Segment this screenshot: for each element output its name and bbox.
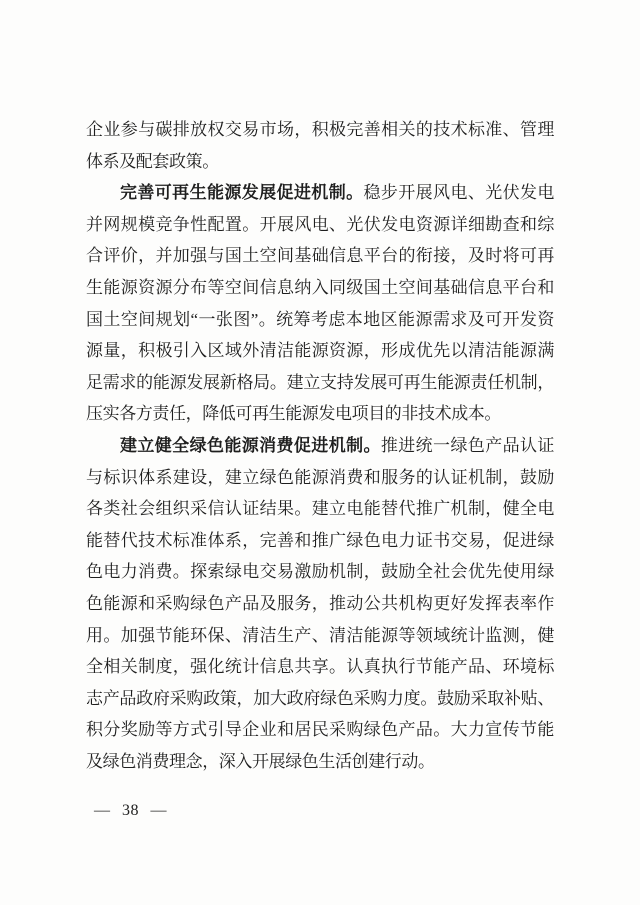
text-line: 用。加强节能环保、清洁生产、清洁能源等领域统计监测，健	[86, 620, 554, 652]
text-line: 源量，积极引入区域外清洁能源资源，形成优先以清洁能源满	[86, 335, 554, 367]
paragraph-text: 及绿色消费理念，深入开展绿色生活创建行动。	[86, 752, 435, 771]
paragraph-text: 合评价，并加强与国土空间基础信息平台的衔接，及时将可再	[86, 246, 554, 265]
text-line: 完善可再生能源发展促进机制。稳步开展风电、光伏发电	[86, 177, 554, 209]
text-line: 并网规模竞争性配置。开展风电、光伏发电资源详细勘查和综	[86, 209, 554, 241]
paragraph-text: 国土空间规划“一张图”。统筹考虑本地区能源需求及可开发资	[86, 310, 554, 329]
page-number: — 38 —	[94, 802, 167, 820]
text-line: 生能源资源分布等空间信息纳入同级国土空间基础信息平台和	[86, 272, 554, 304]
paragraph-text: 用。加强节能环保、清洁生产、清洁能源等领域统计监测，健	[86, 626, 554, 645]
text-line: 志产品政府采购政策，加大政府绿色采购力度。鼓励采取补贴、	[86, 683, 554, 715]
paragraph-text: 志产品政府采购政策，加大政府绿色采购力度。鼓励采取补贴、	[86, 689, 554, 708]
text-line: 全相关制度，强化统计信息共享。认真执行节能产品、环境标	[86, 651, 554, 683]
text-line: 积分奖励等方式引导企业和居民采购绿色产品。大力宣传节能	[86, 714, 554, 746]
text-line: 能替代技术标准体系，完善和推广绿色电力证书交易，促进绿	[86, 525, 554, 557]
text-line: 各类社会组织采信认证结果。建立电能替代推广机制，健全电	[86, 493, 554, 525]
paragraph-text: 全相关制度，强化统计信息共享。认真执行节能产品、环境标	[86, 657, 554, 676]
paragraph-text: 体系及配套政策。	[86, 152, 219, 171]
paragraph-text: 积分奖励等方式引导企业和居民采购绿色产品。大力宣传节能	[86, 720, 554, 739]
text-line: 与标识体系建设，建立绿色能源消费和服务的认证机制，鼓励	[86, 462, 554, 494]
paragraph-text: 与标识体系建设，建立绿色能源消费和服务的认证机制，鼓励	[86, 468, 554, 487]
text-line: 及绿色消费理念，深入开展绿色生活创建行动。	[86, 746, 554, 778]
paragraph-text: 推进统一绿色产品认证	[381, 436, 554, 455]
paragraph-text: 各类社会组织采信认证结果。建立电能替代推广机制，健全电	[86, 499, 554, 518]
text-line: 建立健全绿色能源消费促进机制。推进统一绿色产品认证	[86, 430, 554, 462]
text-line: 体系及配套政策。	[86, 146, 554, 178]
text-line: 国土空间规划“一张图”。统筹考虑本地区能源需求及可开发资	[86, 304, 554, 336]
text-block: 企业参与碳排放权交易市场，积极完善相关的技术标准、管理体系及配套政策。完善可再生…	[86, 114, 554, 777]
text-line: 企业参与碳排放权交易市场，积极完善相关的技术标准、管理	[86, 114, 554, 146]
paragraph-text: 并网规模竞争性配置。开展风电、光伏发电资源详细勘查和综	[86, 215, 554, 234]
paragraph-text: 能替代技术标准体系，完善和推广绿色电力证书交易，促进绿	[86, 531, 554, 550]
paragraph-text: 色能源和采购绿色产品及服务，推动公共机构更好发挥表率作	[86, 594, 554, 613]
paragraph-text: 足需求的能源发展新格局。建立支持发展可再生能源责任机制，	[86, 373, 554, 392]
document-page: 企业参与碳排放权交易市场，积极完善相关的技术标准、管理体系及配套政策。完善可再生…	[0, 0, 640, 905]
paragraph-text: 源量，积极引入区域外清洁能源资源，形成优先以清洁能源满	[86, 341, 554, 360]
text-line: 合评价，并加强与国土空间基础信息平台的衔接，及时将可再	[86, 240, 554, 272]
paragraph-text: 稳步开展风电、光伏发电	[363, 183, 554, 202]
paragraph-lead-bold-text: 完善可再生能源发展促进机制。	[120, 183, 363, 202]
paragraph-text: 压实各方责任，降低可再生能源发电项目的非技术成本。	[86, 404, 501, 423]
text-line: 色能源和采购绿色产品及服务，推动公共机构更好发挥表率作	[86, 588, 554, 620]
text-line: 色电力消费。探索绿电交易激励机制，鼓励全社会优先使用绿	[86, 556, 554, 588]
paragraph-text: 生能源资源分布等空间信息纳入同级国土空间基础信息平台和	[86, 278, 554, 297]
text-line: 压实各方责任，降低可再生能源发电项目的非技术成本。	[86, 398, 554, 430]
paragraph-text: 企业参与碳排放权交易市场，积极完善相关的技术标准、管理	[86, 120, 554, 139]
paragraph-text: 色电力消费。探索绿电交易激励机制，鼓励全社会优先使用绿	[86, 562, 554, 581]
text-line: 足需求的能源发展新格局。建立支持发展可再生能源责任机制，	[86, 367, 554, 399]
paragraph-lead-bold-text: 建立健全绿色能源消费促进机制。	[120, 436, 381, 455]
